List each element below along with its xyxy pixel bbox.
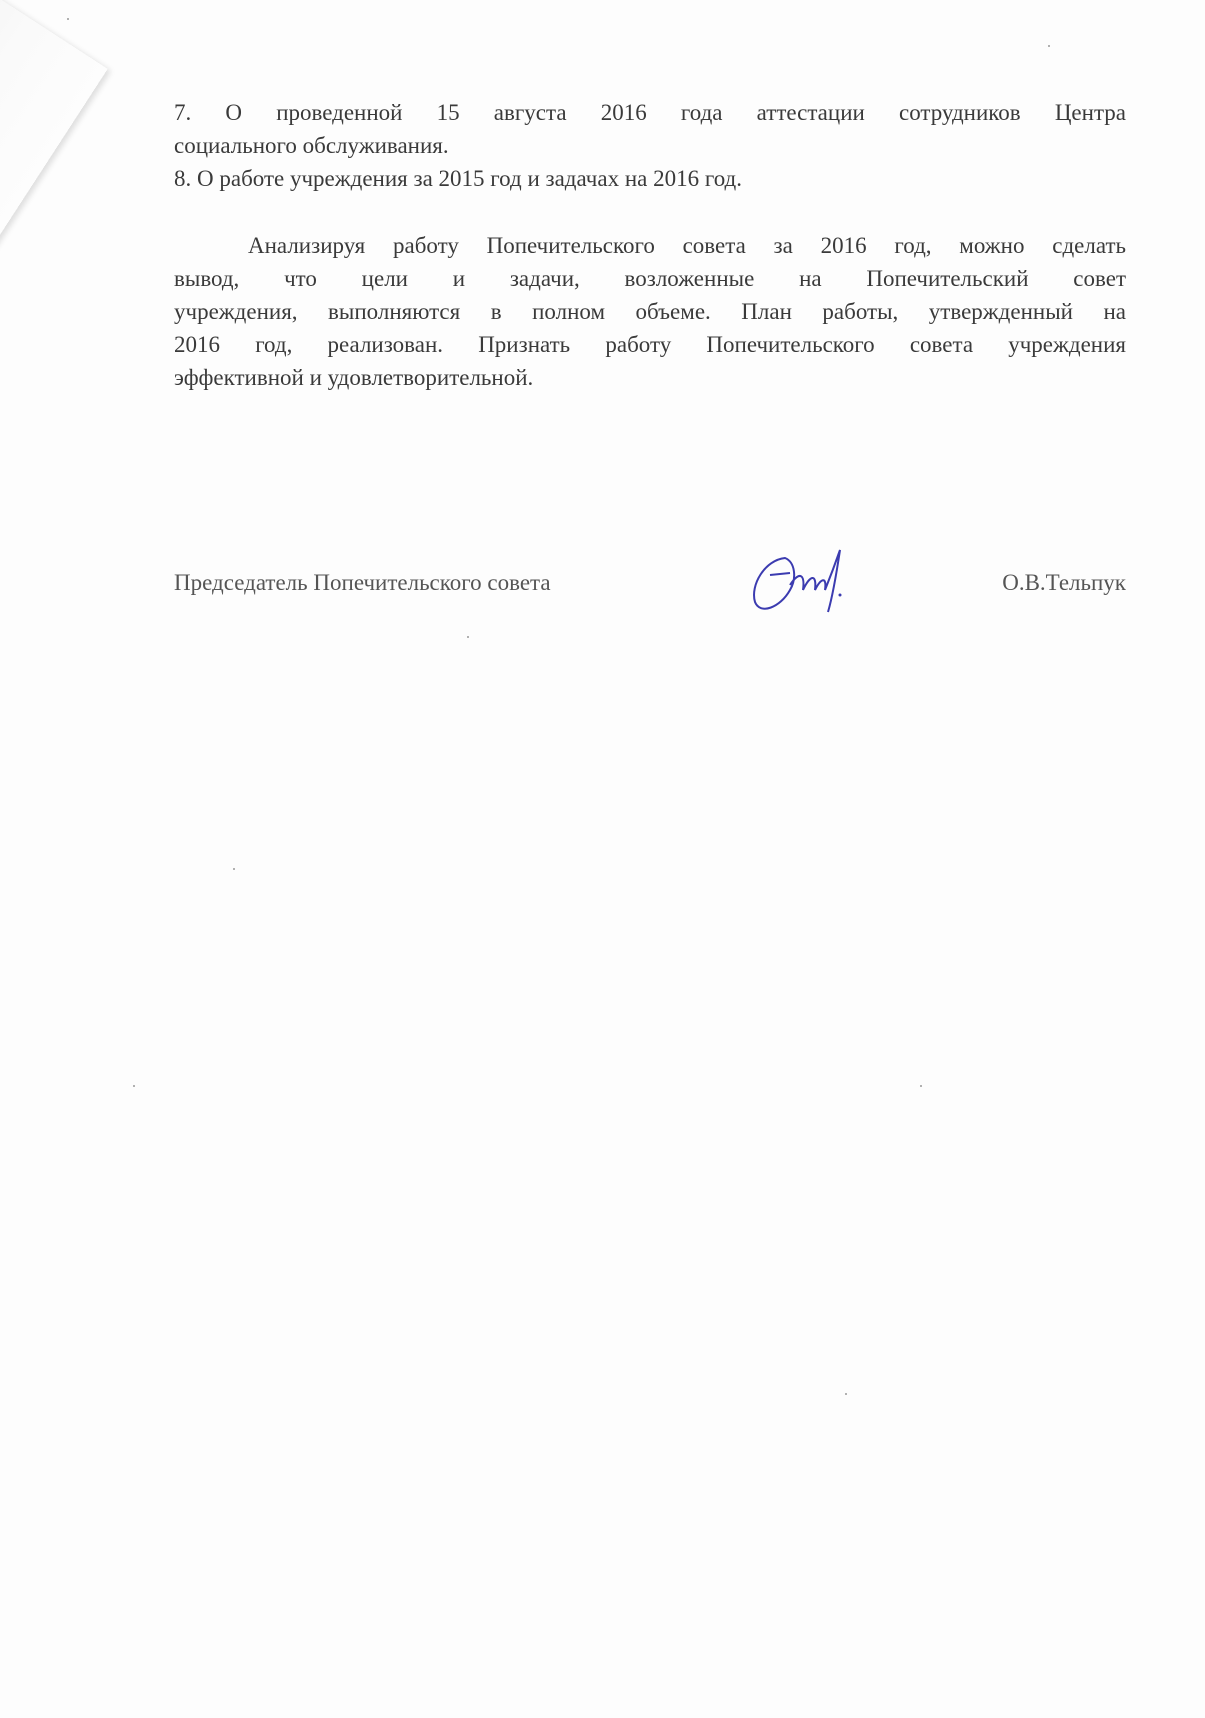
scan-speck — [845, 1393, 847, 1395]
list-item-7-line-1: 7. О проведенной 15 августа 2016 года ат… — [174, 97, 1126, 129]
scan-speck — [233, 868, 235, 870]
handwritten-signature-icon — [745, 540, 895, 615]
conclusion-line-1: Анализируя работу Попечительского совета… — [174, 230, 1126, 262]
signatory-title: Председатель Попечительского совета — [174, 567, 551, 599]
scan-speck — [67, 18, 69, 20]
scan-speck — [1048, 45, 1050, 47]
conclusion-line-4: 2016 год, реализован. Признать работу По… — [174, 329, 1126, 361]
list-item-8: 8. О работе учреждения за 2015 год и зад… — [174, 163, 1126, 195]
paper-fold-shadow — [0, 0, 108, 539]
conclusion-line-5: эффективной и удовлетворительной. — [174, 362, 1126, 394]
conclusion-line-2: вывод, что цели и задачи, возложенные на… — [174, 263, 1126, 295]
scan-speck — [467, 636, 469, 638]
scan-speck — [133, 1085, 135, 1087]
conclusion-line-3: учреждения, выполняются в полном объеме.… — [174, 296, 1126, 328]
list-item-7-line-2: социального обслуживания. — [174, 130, 1126, 162]
scan-speck — [920, 1085, 922, 1087]
signatory-name: О.В.Тельпук — [1002, 567, 1126, 599]
